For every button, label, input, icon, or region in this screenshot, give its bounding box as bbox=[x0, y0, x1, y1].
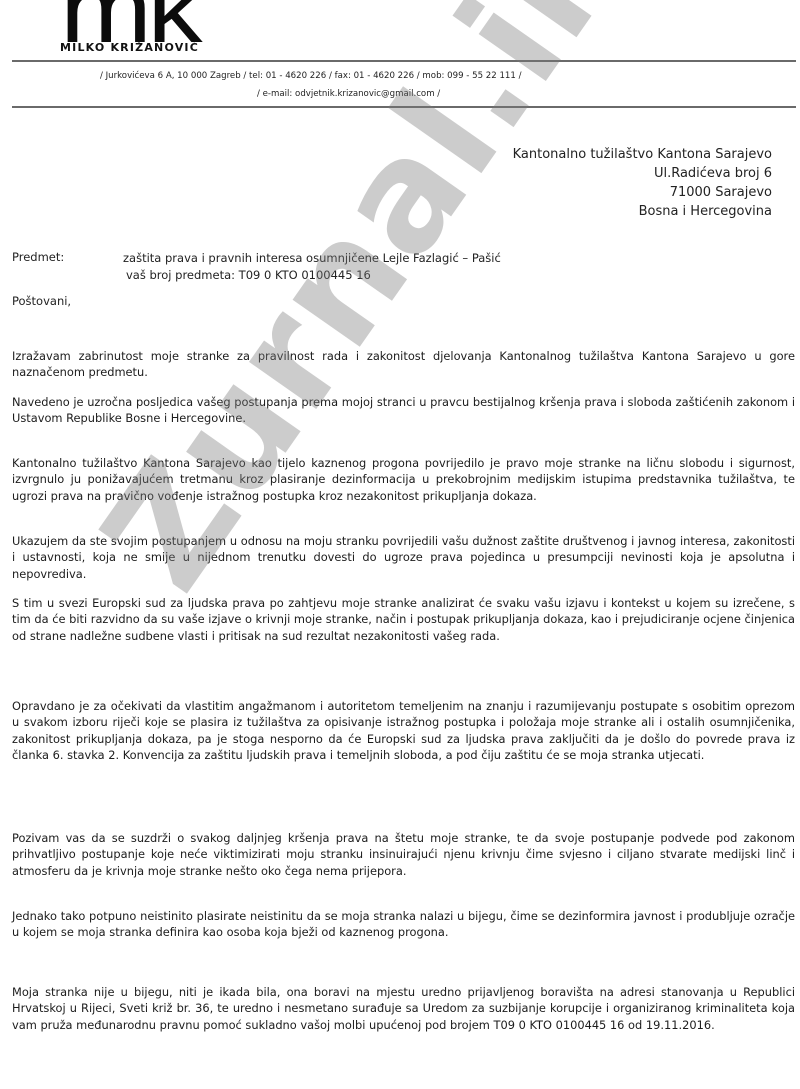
contact-address-phone: / Jurkovićeva 6 A, 10 000 Zagreb / tel: … bbox=[100, 71, 521, 81]
paragraph: Navedeno je uzročna posljedica vašeg pos… bbox=[12, 394, 795, 427]
paragraph: S tim u svezi Europski sud za ljudska pr… bbox=[12, 595, 795, 644]
paragraph: Opravdano je za očekivati da vlastitim a… bbox=[12, 698, 795, 764]
contact-email: / e-mail: odvjetnik.krizanovic@gmail.com… bbox=[257, 89, 440, 99]
subject: zaštita prava i pravnih interesa osumnji… bbox=[123, 250, 501, 284]
paragraph: Moja stranka nije u bijegu, niti je ikad… bbox=[12, 984, 795, 1033]
letter-page: mk MILKO KRIŽANOVIĆ / Jurkovićeva 6 A, 1… bbox=[0, 0, 800, 1089]
divider bbox=[12, 60, 796, 62]
paragraph: Izražavam zabrinutost moje stranke za pr… bbox=[12, 348, 795, 381]
recipient-street: Ul.Radićeva broj 6 bbox=[513, 164, 772, 183]
lawyer-name: MILKO KRIŽANOVIĆ bbox=[60, 41, 199, 54]
recipient-country: Bosna i Hercegovina bbox=[513, 202, 772, 221]
recipient-city: 71000 Sarajevo bbox=[513, 183, 772, 202]
greeting: Poštovani, bbox=[12, 294, 71, 308]
paragraph: Jednako tako potpuno neistinito plasirat… bbox=[12, 908, 795, 941]
case-number: vaš broj predmeta: T09 0 KTO 0100445 16 bbox=[123, 267, 501, 284]
recipient-address: Kantonalno tužilaštvo Kantona Sarajevo U… bbox=[513, 145, 772, 221]
subject-line: zaštita prava i pravnih interesa osumnji… bbox=[123, 250, 501, 267]
paragraph: Kantonalno tužilaštvo Kantona Sarajevo k… bbox=[12, 455, 795, 504]
subject-label: Predmet: bbox=[12, 250, 64, 264]
divider bbox=[12, 106, 796, 108]
paragraph: Pozivam vas da se suzdrži o svakog daljn… bbox=[12, 830, 795, 879]
recipient-name: Kantonalno tužilaštvo Kantona Sarajevo bbox=[513, 145, 772, 164]
paragraph: Ukazujem da ste svojim postupanjem u odn… bbox=[12, 533, 795, 582]
